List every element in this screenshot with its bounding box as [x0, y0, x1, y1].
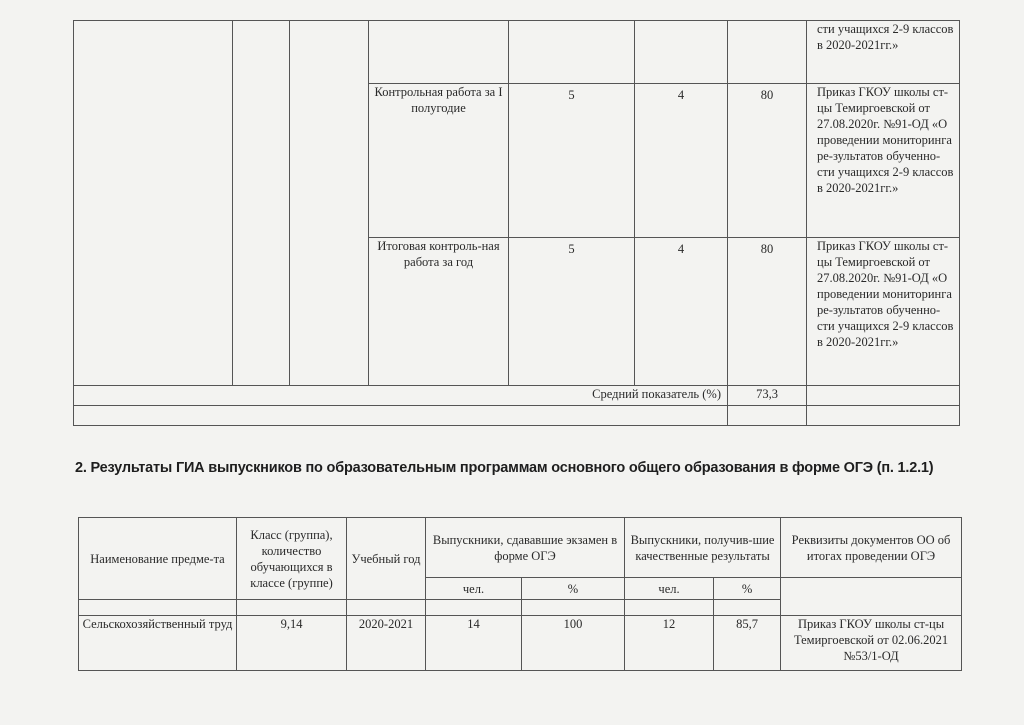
took-percent: 100: [522, 616, 625, 671]
header-people: чел.: [625, 578, 714, 600]
table-row: сти учащихся 2-9 классов в 2020-2021гг.»: [74, 21, 960, 84]
work-type: Контрольная работа за I полугодие: [369, 84, 509, 238]
header-took-exam: Выпускники, сдававшие экзамен в форме ОГ…: [426, 518, 625, 578]
quality-count: 12: [625, 616, 714, 671]
average-value: 73,3: [728, 386, 807, 406]
cell: [237, 600, 347, 616]
value-cell: 4: [635, 238, 728, 386]
document-reference: Приказ ГКОУ школы ст-цы Темиргоевской от…: [807, 238, 960, 386]
section-heading: 2. Результаты ГИА выпускников по образов…: [75, 458, 965, 478]
cell: [625, 600, 714, 616]
document-reference: сти учащихся 2-9 классов в 2020-2021гг.»: [807, 21, 960, 84]
header-year: Учебный год: [347, 518, 426, 600]
value-cell: 80: [728, 238, 807, 386]
subject: Сельскохозяйственный труд: [79, 616, 237, 671]
merged-cell: [74, 21, 233, 386]
quality-percent: 85,7: [714, 616, 781, 671]
cell: [426, 600, 522, 616]
document-reference: Приказ ГКОУ школы ст-цы Темиргоевской от…: [781, 616, 962, 671]
oge-results-table: Наименование предме-та Класс (группа), к…: [78, 517, 962, 671]
table-row: Сельскохозяйственный труд 9,14 2020-2021…: [79, 616, 962, 671]
cell: [635, 21, 728, 84]
header-percent: %: [714, 578, 781, 600]
merged-cell: [233, 21, 290, 386]
year: 2020-2021: [347, 616, 426, 671]
cell: [781, 578, 962, 616]
header-subject: Наименование предме-та: [79, 518, 237, 600]
work-type: Итоговая контроль-ная работа за год: [369, 238, 509, 386]
value-cell: 4: [635, 84, 728, 238]
average-row: Средний показатель (%) 73,3: [74, 386, 960, 406]
value-cell: 5: [509, 238, 635, 386]
document-reference: Приказ ГКОУ школы ст-цы Темиргоевской от…: [807, 84, 960, 238]
cell: [728, 406, 807, 426]
class: 9,14: [237, 616, 347, 671]
value-cell: 5: [509, 84, 635, 238]
value-cell: 80: [728, 84, 807, 238]
header-percent: %: [522, 578, 625, 600]
cell: [807, 386, 960, 406]
header-docs: Реквизиты документов ОО об итогах провед…: [781, 518, 962, 578]
cell: [522, 600, 625, 616]
cell: [369, 21, 509, 84]
cell: [728, 21, 807, 84]
cell: [347, 600, 426, 616]
header-people: чел.: [426, 578, 522, 600]
cell: [714, 600, 781, 616]
merged-cell: [290, 21, 369, 386]
average-label: Средний показатель (%): [74, 386, 728, 406]
header-row: Наименование предме-та Класс (группа), к…: [79, 518, 962, 578]
cell: [79, 600, 237, 616]
monitoring-results-table: сти учащихся 2-9 классов в 2020-2021гг.»…: [73, 20, 960, 426]
cell: [509, 21, 635, 84]
took-count: 14: [426, 616, 522, 671]
cell: [74, 406, 728, 426]
header-class: Класс (группа), количество обучающихся в…: [237, 518, 347, 600]
cell: [807, 406, 960, 426]
header-quality: Выпускники, получив-шие качественные рез…: [625, 518, 781, 578]
empty-row: [74, 406, 960, 426]
